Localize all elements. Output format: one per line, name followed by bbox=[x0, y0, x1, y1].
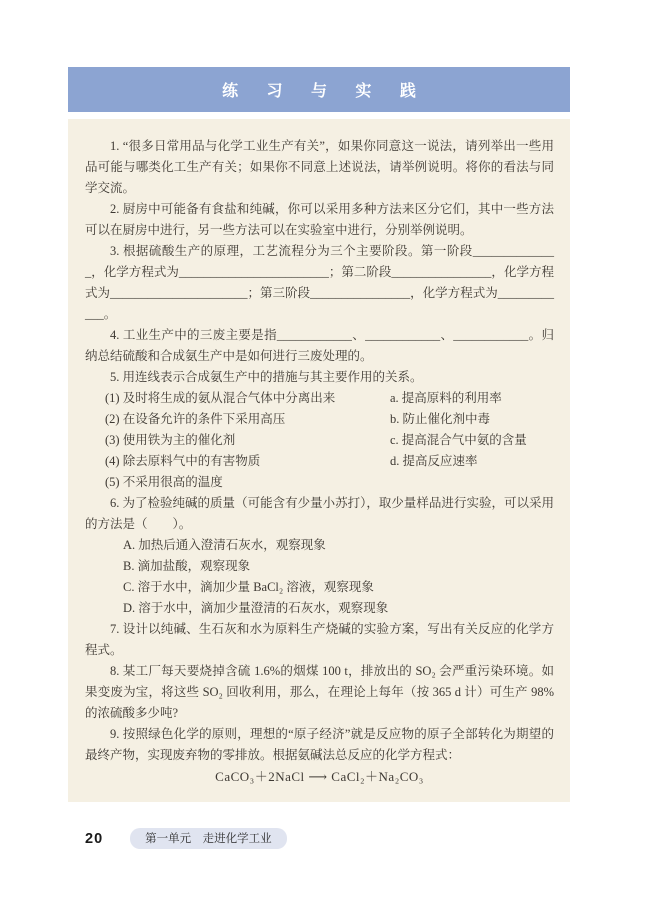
match-row: (3) 使用铁为主的催化剂 c. 提高混合气中氨的含量 bbox=[105, 430, 554, 451]
question-7: 7. 设计以纯碱、生石灰和水为原料生产烧碱的实验方案，写出有关反应的化学方程式。 bbox=[85, 619, 554, 661]
match-row: (2) 在设备允许的条件下采用高压 b. 防止催化剂中毒 bbox=[105, 409, 554, 430]
choice-option-d: D. 溶于水中，滴加少量澄清的石灰水，观察现象 bbox=[123, 598, 554, 619]
choice-option-c: C. 溶于水中，滴加少量 BaCl₂ 溶液，观察现象 bbox=[123, 577, 554, 598]
question-6: 6. 为了检验纯碱的质量（可能含有少量小苏打），取少量样品进行实验，可以采用的方… bbox=[85, 493, 554, 535]
match-row: (1) 及时将生成的氨从混合气体中分离出来 a. 提高原料的利用率 bbox=[105, 388, 554, 409]
match-row: (5) 不采用很高的温度 bbox=[105, 472, 554, 493]
section-banner: 练 习 与 实 践 bbox=[68, 67, 570, 112]
question-9: 9. 按照绿色化学的原则，理想的“原子经济”就是反应物的原子全部转化为期望的最终… bbox=[85, 724, 554, 766]
question-5: 5. 用连线表示合成氨生产中的措施与其主要作用的关系。 bbox=[85, 367, 554, 388]
choice-option-b: B. 滴加盐酸，观察现象 bbox=[123, 556, 554, 577]
unit-label: 第一单元 走进化学工业 bbox=[130, 828, 287, 849]
page-footer: 20 第一单元 走进化学工业 bbox=[85, 828, 287, 849]
match-measure: (5) 不采用很高的温度 bbox=[105, 472, 390, 493]
match-effect: a. 提高原料的利用率 bbox=[390, 388, 554, 409]
question-4: 4. 工业生产中的三废主要是指____________、____________… bbox=[85, 325, 554, 367]
choice-option-a: A. 加热后通入澄清石灰水，观察现象 bbox=[123, 535, 554, 556]
question-2: 2. 厨房中可能备有食盐和纯碱，你可以采用多种方法来区分它们，其中一些方法可以在… bbox=[85, 199, 554, 241]
choice-options: A. 加热后通入澄清石灰水，观察现象 B. 滴加盐酸，观察现象 C. 溶于水中，… bbox=[85, 535, 554, 619]
page-number: 20 bbox=[85, 831, 103, 847]
match-effect: c. 提高混合气中氨的含量 bbox=[390, 430, 554, 451]
match-effect bbox=[390, 472, 554, 493]
question-8: 8. 某工厂每天要烧掉含硫 1.6%的烟煤 100 t，排放出的 SO₂ 会严重… bbox=[85, 661, 554, 724]
match-effect: d. 提高反应速率 bbox=[390, 451, 554, 472]
match-measure: (1) 及时将生成的氨从混合气体中分离出来 bbox=[105, 388, 390, 409]
textbook-page: 练 习 与 实 践 1. “很多日常用品与化学工业生产有关”，如果你同意这一说法… bbox=[0, 0, 650, 912]
section-title: 练 习 与 实 践 bbox=[210, 78, 428, 101]
question-1: 1. “很多日常用品与化学工业生产有关”，如果你同意这一说法，请列举出一些用品可… bbox=[85, 136, 554, 199]
chemical-equation: CaCO₃＋2NaCl ⟶ CaCl₂＋Na₂CO₃ bbox=[85, 766, 554, 787]
match-row: (4) 除去原料气中的有害物质 d. 提高反应速率 bbox=[105, 451, 554, 472]
question-3: 3. 根据硫酸生产的原理，工艺流程分为三个主要阶段。第一阶段__________… bbox=[85, 241, 554, 325]
match-measure: (2) 在设备允许的条件下采用高压 bbox=[105, 409, 390, 430]
exercise-panel: 1. “很多日常用品与化学工业生产有关”，如果你同意这一说法，请列举出一些用品可… bbox=[68, 119, 570, 802]
match-measure: (3) 使用铁为主的催化剂 bbox=[105, 430, 390, 451]
match-list: (1) 及时将生成的氨从混合气体中分离出来 a. 提高原料的利用率 (2) 在设… bbox=[85, 388, 554, 493]
match-measure: (4) 除去原料气中的有害物质 bbox=[105, 451, 390, 472]
match-effect: b. 防止催化剂中毒 bbox=[390, 409, 554, 430]
